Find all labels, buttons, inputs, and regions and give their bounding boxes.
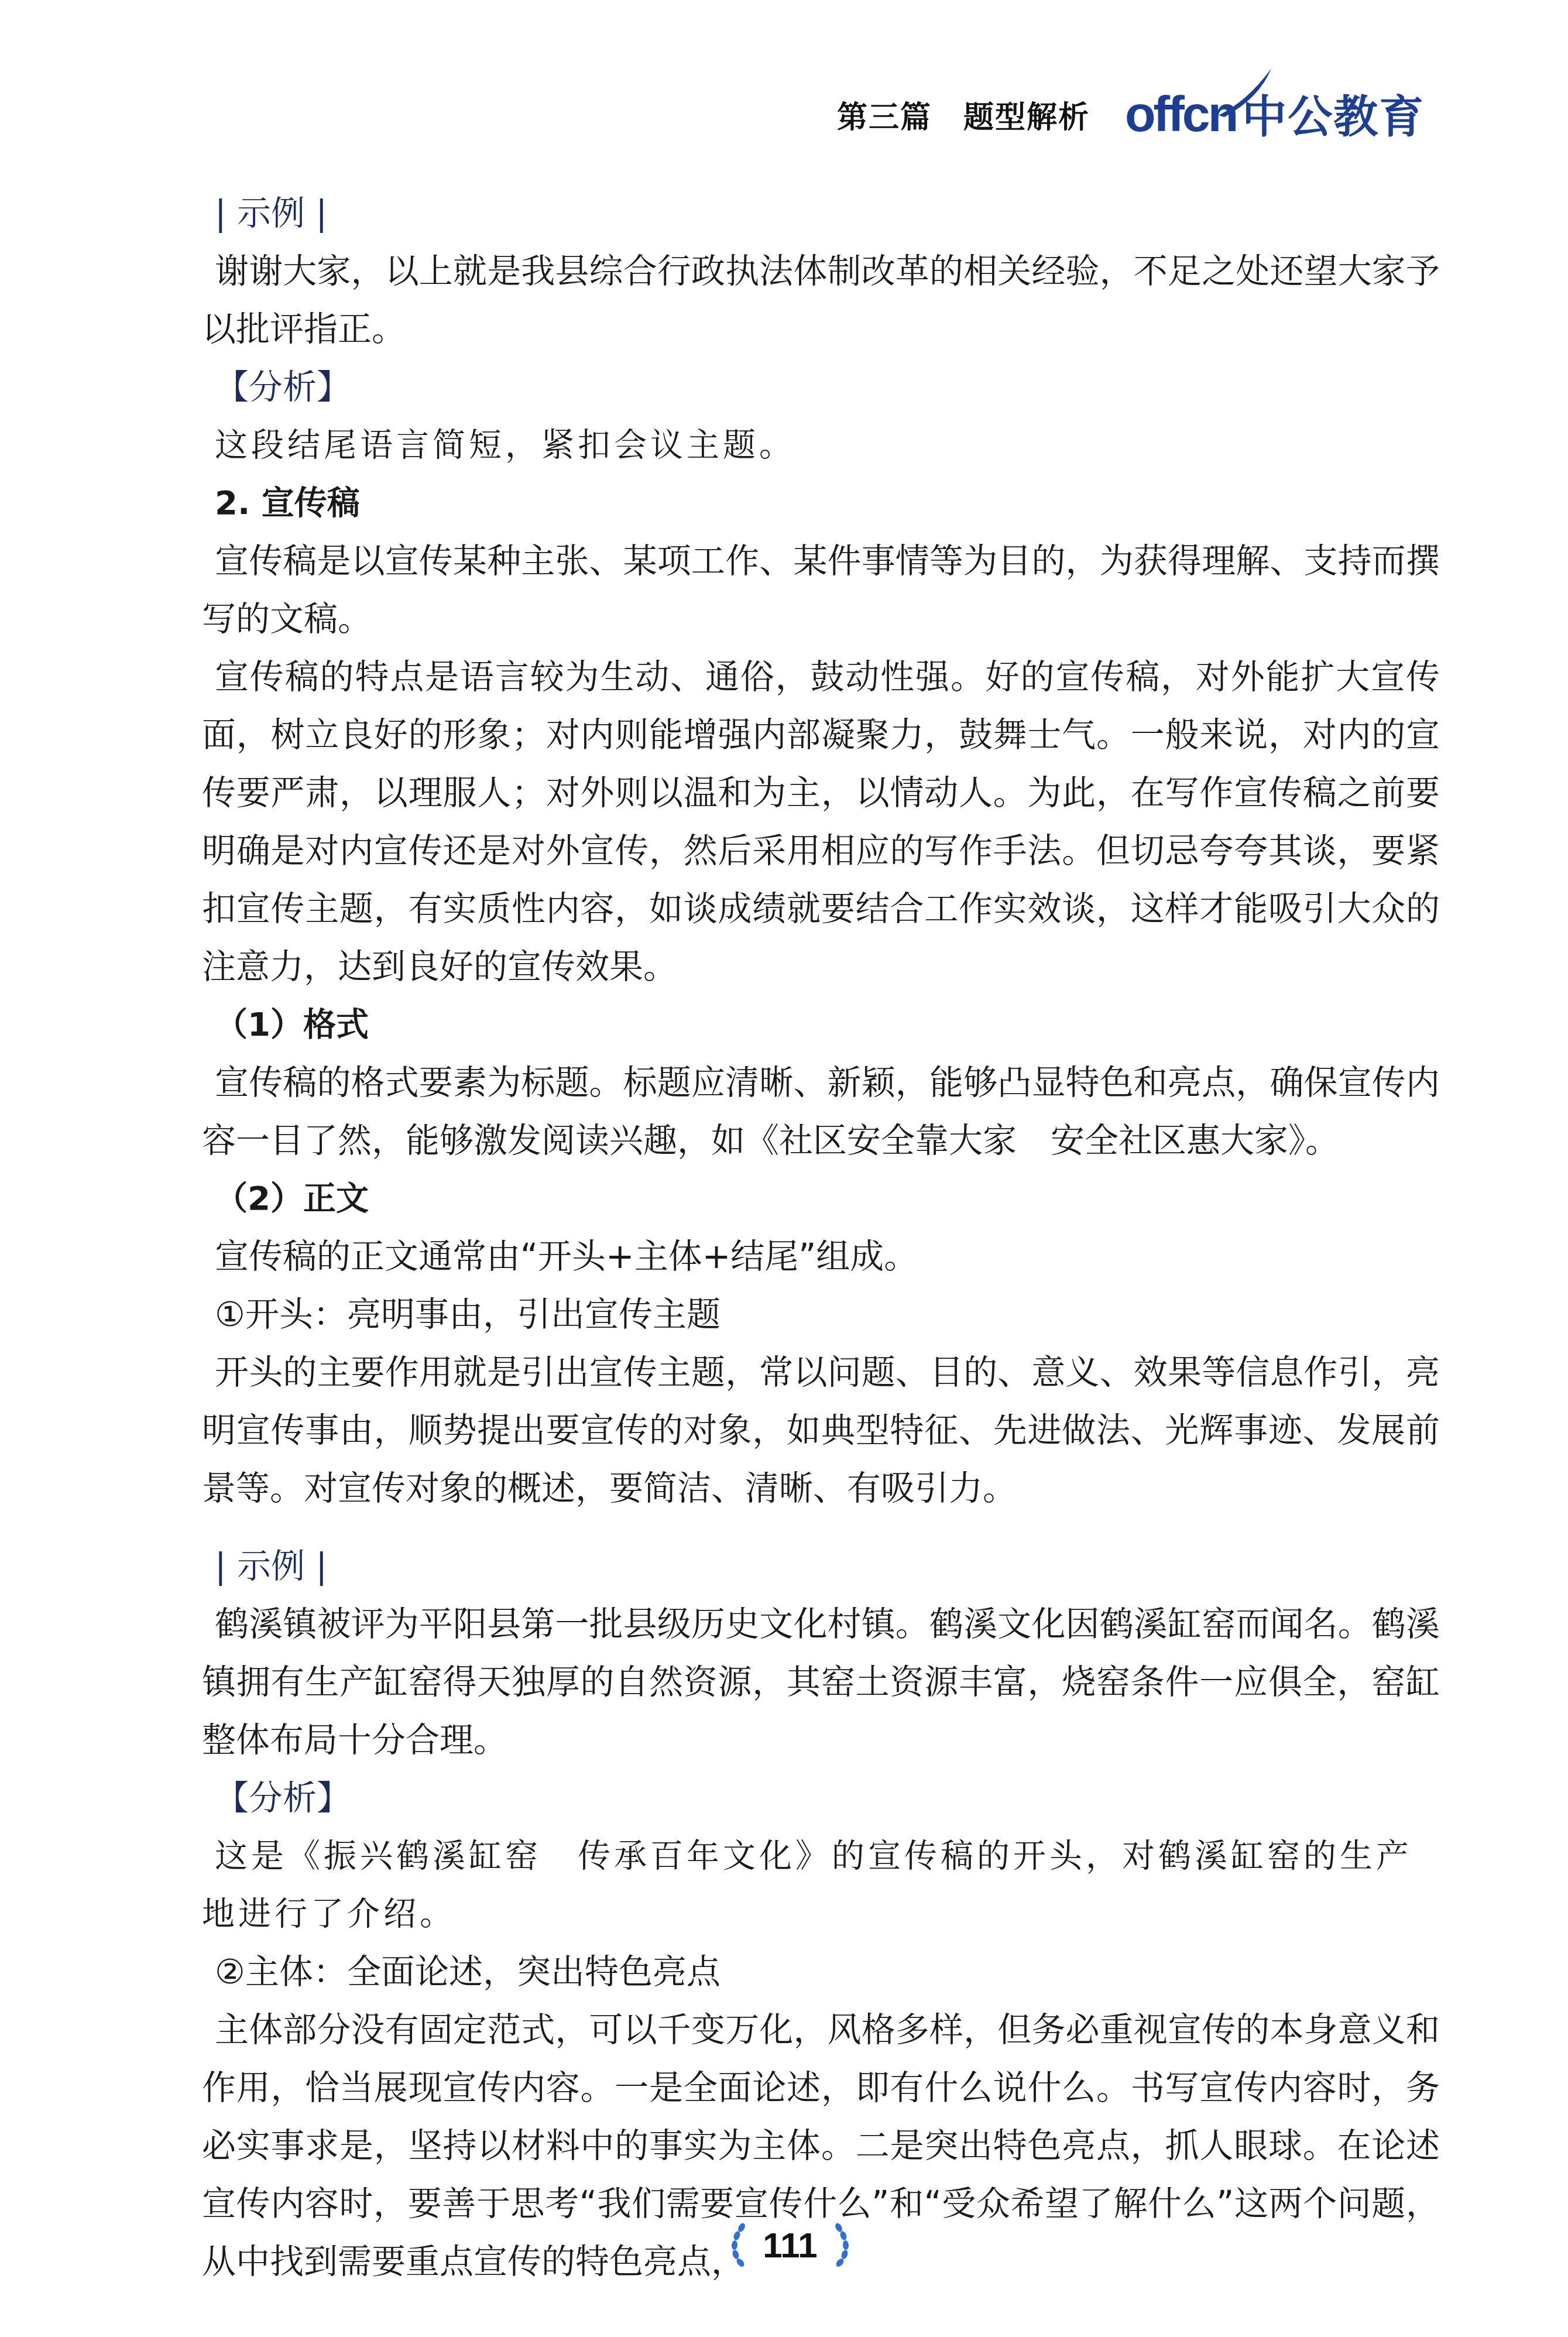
spacer <box>202 1517 1440 1537</box>
page-body: | 示例 | 谢谢大家，以上就是我县综合行政执法体制改革的相关经验，不足之处还望… <box>202 184 1440 2291</box>
laurel-right-icon <box>831 2222 854 2269</box>
swoosh-icon <box>1213 66 1277 118</box>
page-header: 第三篇 题型解析 offcn 中公教育 <box>837 82 1481 146</box>
analysis-paragraph: 这段结尾语言简短，紧扣会议主题。 <box>202 416 1440 474</box>
example-paragraph: 鹤溪镇被评为平阳县第一批县级历史文化村镇。鹤溪文化因鹤溪缸窑而闻名。鹤溪镇拥有生… <box>202 1595 1440 1769</box>
laurel-left-icon <box>726 2222 750 2269</box>
section-heading: 2. 宣传稿 <box>202 474 1440 532</box>
example-paragraph: 谢谢大家，以上就是我县综合行政执法体制改革的相关经验，不足之处还望大家予以批评指… <box>202 242 1440 358</box>
example-tag: | 示例 | <box>202 184 1440 242</box>
point-heading: ①开头：亮明事由，引出宣传主题 <box>202 1286 1440 1344</box>
page-number: 111 <box>763 2225 818 2266</box>
body-paragraph: 宣传稿的特点是语言较为生动、通俗，鼓动性强。好的宣传稿，对外能扩大宣传面，树立良… <box>202 648 1440 996</box>
body-paragraph: 宣传稿的正文通常由“开头+主体+结尾”组成。 <box>202 1228 1440 1286</box>
body-paragraph: 开头的主要作用就是引出宣传主题，常以问题、目的、意义、效果等信息作引，亮明宣传事… <box>202 1344 1440 1517</box>
body-paragraph: 宣传稿的格式要素为标题。标题应清晰、新颖，能够凸显特色和亮点，确保宣传内容一目了… <box>202 1054 1440 1170</box>
offcn-logo: offcn 中公教育 <box>1125 89 1425 139</box>
page-footer: 111 <box>720 2213 860 2277</box>
analysis-tag: 【分析】 <box>202 1769 1440 1827</box>
analysis-tag: 【分析】 <box>202 358 1440 416</box>
point-heading: ②主体：全面论述，突出特色亮点 <box>202 1943 1440 2001</box>
subsection-heading: （1）格式 <box>202 996 1440 1054</box>
body-paragraph: 宣传稿是以宣传某种主张、某项工作、某件事情等为目的，为获得理解、支持而撰写的文稿… <box>202 532 1440 648</box>
example-tag: | 示例 | <box>202 1537 1440 1595</box>
subsection-heading: （2）正文 <box>202 1170 1440 1228</box>
analysis-paragraph: 这是《振兴鹤溪缸窑 传承百年文化》的宣传稿的开头，对鹤溪缸窑的生产地进行了介绍。 <box>202 1827 1440 1943</box>
section-title: 第三篇 题型解析 <box>837 92 1090 136</box>
